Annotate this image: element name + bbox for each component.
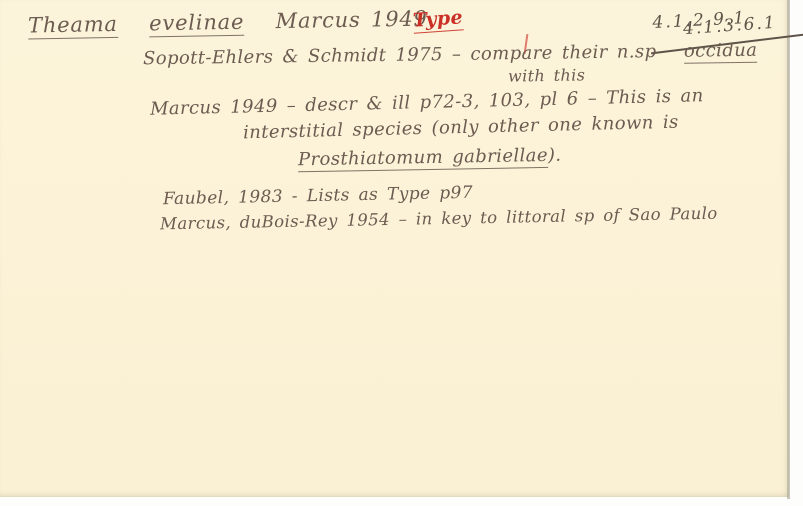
word-space [666,41,675,62]
species-name: evelinae [149,10,244,38]
genus-name: Theama [28,12,118,40]
type-annotation: Type [412,6,464,33]
note-close-paren: ). [548,145,562,166]
word-space [128,12,139,36]
note-sopott-continuation: with this [508,65,586,85]
card-right-edge [787,0,790,499]
note-sopott-emphasis: occidua [684,40,758,64]
authority: Marcus 1949 [275,7,427,34]
note-marcus-desc-3: Prosthiatomum gabriellae). [298,145,562,171]
word-space [254,9,265,33]
note-prosthiatomum: Prosthiatomum gabriellae [298,145,548,172]
showthrough-smudge: · · · · · · · [590,385,652,403]
scanned-page: 4.1.2.9.1 4.1.3.6.1 Theama evelinae Marc… [0,0,803,506]
index-card [0,0,789,497]
showthrough-smudge: · · · · · [575,405,618,423]
